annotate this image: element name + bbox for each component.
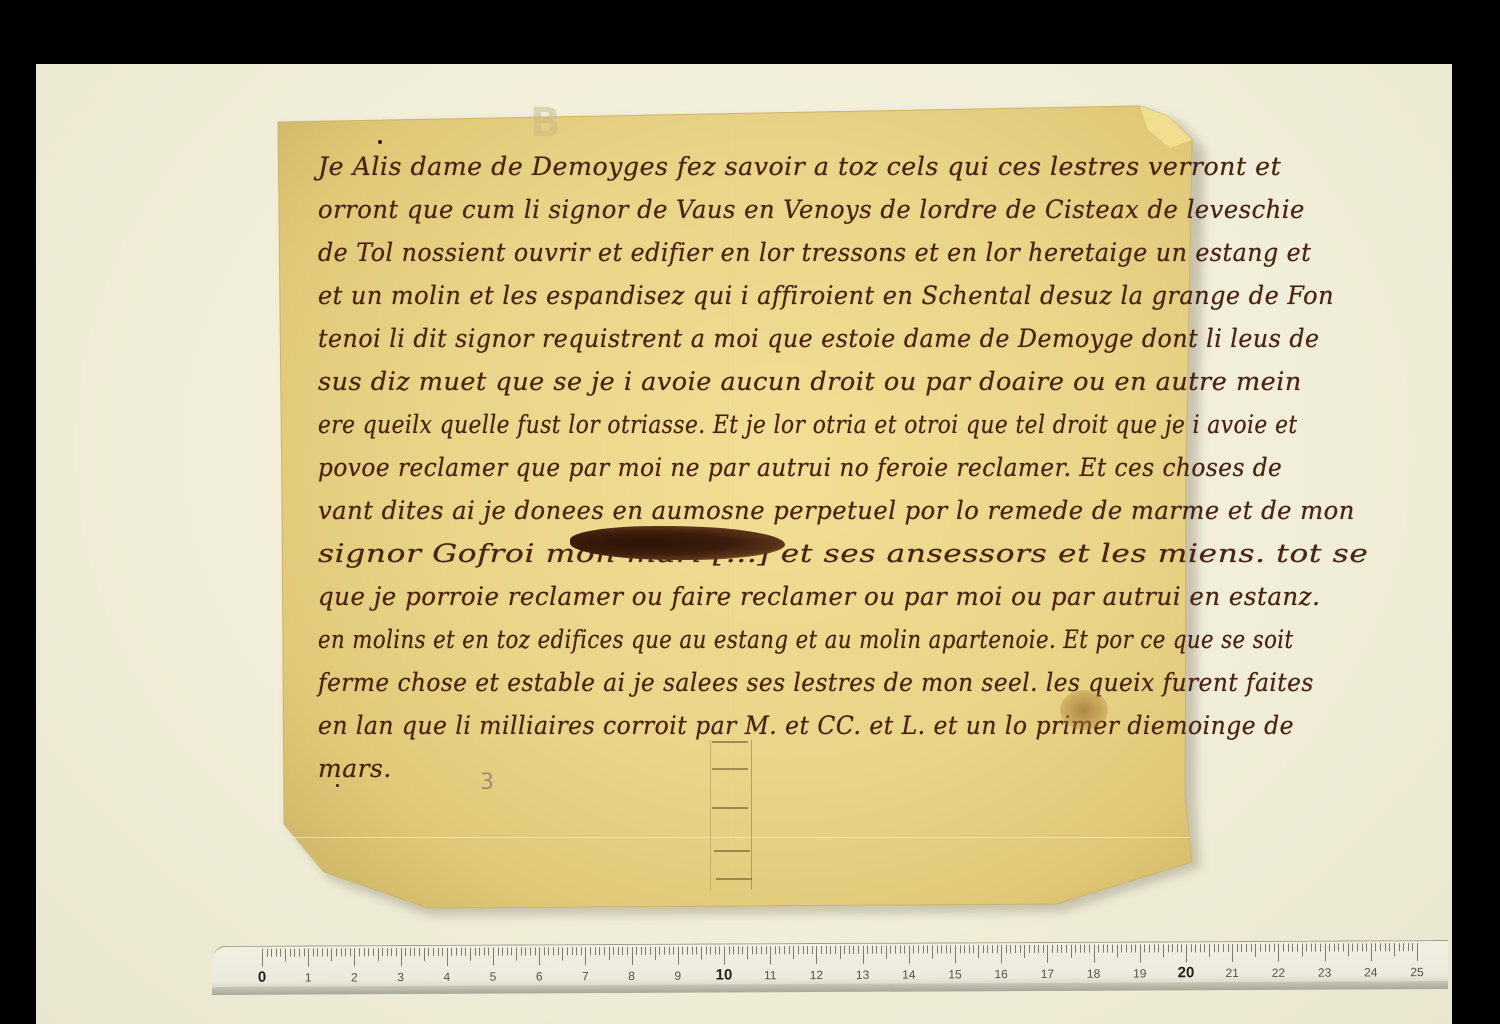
ruler-tick xyxy=(706,947,707,955)
ruler-tick xyxy=(585,947,586,965)
ruler-tick xyxy=(863,946,864,964)
ruler-tick xyxy=(761,946,762,954)
ruler-tick xyxy=(687,947,688,955)
measuring-ruler: 0123456789101112131415161718192021222324… xyxy=(212,940,1448,995)
ruler-tick xyxy=(285,949,286,962)
ruler-tick xyxy=(1149,944,1150,952)
ruler-tick xyxy=(525,947,526,955)
ruler-tick xyxy=(1172,944,1173,952)
ruler-tick xyxy=(770,946,771,964)
ruler-tick xyxy=(419,948,420,956)
ruler-tick xyxy=(909,946,910,964)
ruler-tick xyxy=(511,948,512,956)
ruler-tick xyxy=(923,946,924,954)
ruler-tick xyxy=(331,948,332,961)
ruler-tick xyxy=(1195,944,1196,952)
ruler-tick xyxy=(1241,944,1242,952)
ruler-tick xyxy=(1121,945,1122,953)
ruler-label: 7 xyxy=(582,969,589,983)
ruler-label: 21 xyxy=(1226,966,1239,980)
ruler-tick xyxy=(530,947,531,955)
ruler-tick xyxy=(317,948,318,956)
ruler-tick xyxy=(294,949,295,957)
ruler-tick xyxy=(572,947,573,955)
ruler-tick xyxy=(581,947,582,955)
text-line: ere queilx quelle fust lor otriasse. Et … xyxy=(318,410,1298,439)
ruler-tick xyxy=(382,948,383,956)
ruler-tick xyxy=(1306,944,1307,952)
ruler-tick xyxy=(853,946,854,954)
ruler-tick xyxy=(798,946,799,954)
ruler-tick xyxy=(595,947,596,955)
ruler-tick xyxy=(1047,945,1048,963)
ruler-label: 2 xyxy=(351,970,358,984)
ruler-tick xyxy=(1112,945,1113,953)
ruler-tick xyxy=(983,945,984,953)
ink-blot xyxy=(570,526,785,560)
ruler-tick xyxy=(673,947,674,955)
ruler-tick xyxy=(1029,945,1030,953)
ruler-tick xyxy=(1001,945,1002,963)
ruler-tick xyxy=(659,947,660,955)
ruler-tick xyxy=(997,945,998,953)
ruler-label: 15 xyxy=(948,967,961,981)
ruler-tick xyxy=(1107,945,1108,953)
ruler-tick xyxy=(766,946,767,954)
ruler-tick xyxy=(1038,945,1039,953)
ruler-label: 19 xyxy=(1133,966,1146,980)
ruler-tick xyxy=(1362,943,1363,951)
ruler-tick xyxy=(747,946,748,959)
ruler-tick xyxy=(932,945,933,958)
ruler-tick xyxy=(1214,944,1215,952)
ruler-tick xyxy=(904,946,905,954)
ruler-tick xyxy=(1274,944,1275,952)
ruler-tick xyxy=(844,946,845,954)
ruler-tick xyxy=(1075,945,1076,953)
seal-tag-slit xyxy=(712,741,748,743)
ruler-tick xyxy=(396,948,397,956)
ruler-tick xyxy=(1158,944,1159,952)
text-line: en lan que li milliaires corroit par M. … xyxy=(318,711,1294,740)
ruler-tick xyxy=(1200,944,1201,952)
ruler-tick xyxy=(627,947,628,955)
ruler-tick xyxy=(308,949,309,967)
ruler-tick xyxy=(636,947,637,955)
ruler-tick xyxy=(1375,943,1376,951)
ruler-tick xyxy=(502,948,503,956)
ruler-tick xyxy=(1204,944,1205,952)
ruler-tick xyxy=(1269,944,1270,952)
ruler-tick xyxy=(1163,944,1164,957)
ruler-tick xyxy=(1348,943,1349,956)
ruler-tick xyxy=(539,947,540,965)
ruler-tick xyxy=(391,948,392,956)
ruler-tick xyxy=(1403,943,1404,951)
ruler-tick xyxy=(618,947,619,955)
pencil-number: 3 xyxy=(480,770,494,795)
ruler-label: 14 xyxy=(902,968,915,982)
ruler-tick xyxy=(350,948,351,956)
ruler-tick xyxy=(387,948,388,956)
ruler-tick xyxy=(826,946,827,954)
ruler-tick xyxy=(1251,944,1252,952)
ruler-tick xyxy=(613,947,614,955)
ruler-tick xyxy=(1006,945,1007,953)
ruler-tick xyxy=(872,946,873,954)
ruler-tick xyxy=(955,945,956,963)
ruler-tick xyxy=(830,946,831,954)
ruler-tick xyxy=(562,947,563,960)
ruler-tick xyxy=(876,946,877,954)
seal-tag-slit xyxy=(712,807,748,809)
ruler-tick xyxy=(812,946,813,954)
ruler-tick xyxy=(701,947,702,960)
ruler-tick xyxy=(1186,944,1187,962)
ruler-tick xyxy=(313,949,314,957)
ruler-label: 10 xyxy=(716,966,733,983)
text-line: povoe reclamer que par moi ne par autrui… xyxy=(318,453,1282,482)
ruler-tick xyxy=(1338,943,1339,951)
ruler-label: 8 xyxy=(628,969,635,983)
ruler-tick xyxy=(1043,945,1044,953)
ruler-tick xyxy=(535,947,536,955)
ruler-tick xyxy=(290,949,291,957)
ruler-tick xyxy=(1071,945,1072,958)
ruler-tick xyxy=(645,947,646,955)
ruler-tick xyxy=(1218,944,1219,952)
ruler-tick xyxy=(609,947,610,960)
ruler-tick xyxy=(1020,945,1021,953)
ruler-tick xyxy=(655,947,656,960)
ruler-tick xyxy=(992,945,993,953)
ruler-tick xyxy=(322,948,323,956)
ruler-tick xyxy=(1209,944,1210,957)
ruler-label: 17 xyxy=(1041,967,1054,981)
ruler-tick xyxy=(493,948,494,966)
ruler-tick xyxy=(475,948,476,956)
ruler-tick xyxy=(973,945,974,953)
ruler-tick xyxy=(1034,945,1035,953)
faint-archival-letter: B xyxy=(530,100,561,146)
ruler-tick xyxy=(498,948,499,956)
ruler-tick xyxy=(1297,944,1298,952)
ruler-label: 11 xyxy=(764,968,776,982)
ruler-tick xyxy=(987,945,988,953)
ruler-label: 25 xyxy=(1410,965,1423,979)
ruler-tick xyxy=(438,948,439,956)
ruler-tick xyxy=(1084,945,1085,953)
ruler-tick xyxy=(276,949,277,957)
ruler-tick xyxy=(890,946,891,954)
ruler-tick xyxy=(1191,944,1192,952)
ruler-tick xyxy=(484,948,485,956)
ruler-tick xyxy=(881,946,882,954)
ruler-tick xyxy=(937,945,938,953)
ruler-tick xyxy=(793,946,794,959)
ruler-tick xyxy=(341,948,342,956)
ruler-label: 23 xyxy=(1318,966,1331,980)
ruler-tick xyxy=(803,946,804,954)
ruler-tick xyxy=(442,948,443,956)
ruler-label: 16 xyxy=(995,967,1008,981)
ruler-tick xyxy=(1325,944,1326,962)
ruler-tick xyxy=(835,946,836,954)
ruler-tick xyxy=(465,948,466,956)
ruler-tick xyxy=(544,947,545,955)
ruler-tick xyxy=(1117,945,1118,958)
ruler-tick xyxy=(696,947,697,955)
ruler-tick xyxy=(821,946,822,954)
ruler-tick xyxy=(1412,943,1413,951)
ruler-tick xyxy=(1302,944,1303,957)
ruler-label: 12 xyxy=(810,968,823,982)
ruler-tick xyxy=(669,947,670,955)
ruler-tick xyxy=(401,948,402,966)
ruler-tick xyxy=(964,945,965,953)
ruler-tick xyxy=(262,949,263,967)
seal-tag-slit xyxy=(712,768,748,770)
ruler-tick xyxy=(1015,945,1016,953)
ruler-tick xyxy=(553,947,554,955)
ruler-tick xyxy=(345,948,346,956)
text-line: sus diz muet que se je i avoie aucun dro… xyxy=(318,367,1302,396)
ruler-tick xyxy=(1394,943,1395,956)
ruler-tick xyxy=(567,947,568,955)
ruler-tick xyxy=(373,948,374,956)
ruler-tick xyxy=(280,949,281,957)
ruler-label: 0 xyxy=(258,969,266,986)
ruler-tick xyxy=(1080,945,1081,953)
ruler-tick xyxy=(364,948,365,956)
ruler-tick xyxy=(558,947,559,955)
ruler-label: 3 xyxy=(397,970,404,984)
ruler-tick xyxy=(664,947,665,955)
ruler-tick xyxy=(1283,944,1284,952)
ruler-tick xyxy=(414,948,415,956)
ruler-tick xyxy=(715,947,716,955)
text-line: Je Alis dame de Demoyges fez savoir a to… xyxy=(318,152,1281,181)
ruler-tick xyxy=(1232,944,1233,962)
ruler-tick xyxy=(742,946,743,954)
ruler-tick xyxy=(1343,943,1344,951)
ruler-tick xyxy=(590,947,591,955)
ruler-tick xyxy=(946,945,947,953)
ruler-tick xyxy=(789,946,790,954)
ruler-tick xyxy=(521,947,522,955)
ruler-tick xyxy=(960,945,961,953)
ruler-tick xyxy=(1371,943,1372,961)
ink-dot xyxy=(336,784,339,787)
ruler-tick xyxy=(678,947,679,965)
ruler-tick xyxy=(1024,945,1025,958)
ruler-tick xyxy=(1066,945,1067,953)
ruler-tick xyxy=(1089,945,1090,953)
ruler-tick xyxy=(1265,944,1266,952)
ruler-tick xyxy=(336,948,337,956)
ruler-tick xyxy=(1135,944,1136,952)
ruler-tick xyxy=(779,946,780,954)
ruler-tick xyxy=(913,946,914,954)
ruler-tick xyxy=(969,945,970,953)
ruler-tick xyxy=(1389,943,1390,951)
ruler-tick xyxy=(849,946,850,954)
ruler-tick xyxy=(599,947,600,955)
ruler-tick xyxy=(516,948,517,961)
ruler-tick xyxy=(1061,945,1062,953)
ruler-tick xyxy=(816,946,817,964)
ruler-tick xyxy=(886,946,887,959)
ruler-tick xyxy=(1126,945,1127,953)
ruler-tick xyxy=(1255,944,1256,957)
ruler-tick xyxy=(1357,943,1358,951)
ruler-tick xyxy=(1311,944,1312,952)
ruler-label: 13 xyxy=(856,968,869,982)
ruler-label: 4 xyxy=(443,970,450,984)
ruler-tick xyxy=(1237,944,1238,952)
ruler-tick xyxy=(1103,945,1104,953)
ruler-tick xyxy=(299,949,300,957)
ruler-tick xyxy=(1154,944,1155,952)
ruler-tick xyxy=(271,949,272,957)
ruler-tick xyxy=(1177,944,1178,952)
ruler-tick xyxy=(368,948,369,956)
seal-tag-band xyxy=(710,740,752,890)
ruler-tick xyxy=(927,945,928,953)
ruler-tick xyxy=(1399,943,1400,951)
ruler-tick xyxy=(1168,944,1169,952)
text-line: orront que cum li signor de Vaus en Veno… xyxy=(318,195,1305,224)
text-line: de Tol nossient ouvrir et edifier en lor… xyxy=(318,238,1311,267)
ruler-tick xyxy=(867,946,868,954)
ruler-label: 1 xyxy=(305,971,312,985)
text-line: tenoi li dit signor requistrent a moi qu… xyxy=(318,324,1320,353)
ruler-tick xyxy=(410,948,411,956)
ruler-tick xyxy=(729,946,730,954)
ruler-tick xyxy=(641,947,642,955)
ruler-tick xyxy=(950,945,951,953)
ruler-label: 18 xyxy=(1087,967,1100,981)
ruler-tick xyxy=(405,948,406,956)
ruler-tick xyxy=(1417,943,1418,961)
ruler-label: 9 xyxy=(674,969,681,983)
ruler-tick xyxy=(632,947,633,965)
ruler-tick xyxy=(1010,945,1011,953)
ruler-tick xyxy=(456,948,457,956)
ruler-tick xyxy=(1246,944,1247,952)
ruler-tick xyxy=(327,948,328,956)
ruler-tick xyxy=(1144,944,1145,952)
ruler-tick xyxy=(858,946,859,954)
ruler-tick xyxy=(682,947,683,955)
ruler-tick xyxy=(1094,945,1095,963)
seal-tag-slit xyxy=(714,850,750,852)
ruler-tick xyxy=(900,946,901,954)
ruler-tick xyxy=(941,945,942,953)
ruler-label: 6 xyxy=(536,969,543,983)
ruler-tick xyxy=(1334,944,1335,952)
text-line: mars. xyxy=(318,754,392,783)
ruler-tick xyxy=(461,948,462,956)
ruler-label: 5 xyxy=(490,970,497,984)
text-line: en molins et en toz edifices que au esta… xyxy=(318,625,1293,654)
ruler-tick xyxy=(1408,943,1409,951)
ruler-tick xyxy=(1320,944,1321,952)
ruler-tick xyxy=(1385,943,1386,951)
ruler-tick xyxy=(692,947,693,955)
ruler-tick xyxy=(604,947,605,955)
ruler-tick xyxy=(267,949,268,957)
ruler-tick xyxy=(1223,944,1224,952)
ruler-tick xyxy=(710,947,711,955)
ruler-tick xyxy=(775,946,776,954)
ruler-tick xyxy=(1228,944,1229,952)
ruler-label: 20 xyxy=(1178,964,1195,981)
ruler-tick xyxy=(447,948,448,966)
ruler-tick xyxy=(378,948,379,961)
text-line: et un molin et les espandisez qui i affi… xyxy=(318,281,1334,310)
ruler-tick xyxy=(428,948,429,956)
ruler-tick xyxy=(918,946,919,954)
ruler-tick xyxy=(479,948,480,956)
ruler-tick xyxy=(1057,945,1058,953)
ruler-tick xyxy=(354,948,355,966)
ruler-tick xyxy=(895,946,896,954)
ruler-tick xyxy=(359,948,360,956)
ruler-tick xyxy=(978,945,979,958)
ruler-tick xyxy=(650,947,651,955)
ruler-tick xyxy=(1366,943,1367,951)
ruler-tick xyxy=(622,947,623,955)
ruler-tick xyxy=(576,947,577,955)
ruler-tick xyxy=(719,947,720,955)
ruler-tick xyxy=(840,946,841,959)
ruler-tick xyxy=(451,948,452,956)
ruler-tick xyxy=(1278,944,1279,962)
ruler-tick xyxy=(548,947,549,955)
ruler-tick xyxy=(507,948,508,956)
text-line: ferme chose et estable ai je salees ses … xyxy=(318,668,1314,697)
ruler-tick xyxy=(1329,944,1330,952)
ruler-tick xyxy=(1380,943,1381,951)
ruler-tick xyxy=(1315,944,1316,952)
ruler-tick xyxy=(1131,945,1132,953)
ruler-tick xyxy=(1288,944,1289,952)
water-stain xyxy=(1060,690,1108,730)
ruler-tick xyxy=(1181,944,1182,952)
ruler-tick xyxy=(1140,944,1141,962)
ink-dot xyxy=(378,140,382,144)
seal-tag-slit xyxy=(716,878,752,880)
ruler-tick xyxy=(424,948,425,961)
ruler-tick xyxy=(1352,943,1353,951)
ruler-label: 24 xyxy=(1364,965,1377,979)
ruler-tick xyxy=(724,946,725,964)
ruler-tick xyxy=(738,946,739,954)
text-line: que je porroie reclamer ou faire reclame… xyxy=(318,582,1320,611)
ruler-tick xyxy=(733,946,734,954)
ruler-tick xyxy=(756,946,757,954)
ruler-tick xyxy=(752,946,753,954)
ruler-tick xyxy=(304,949,305,957)
ruler-tick xyxy=(807,946,808,954)
ruler-tick xyxy=(488,948,489,956)
text-line: signor Gofroi mon mari [...] et ses anse… xyxy=(318,539,1368,568)
ruler-tick xyxy=(470,948,471,961)
ruler-tick xyxy=(1098,945,1099,953)
ruler-tick xyxy=(1260,944,1261,952)
ruler-tick xyxy=(433,948,434,956)
